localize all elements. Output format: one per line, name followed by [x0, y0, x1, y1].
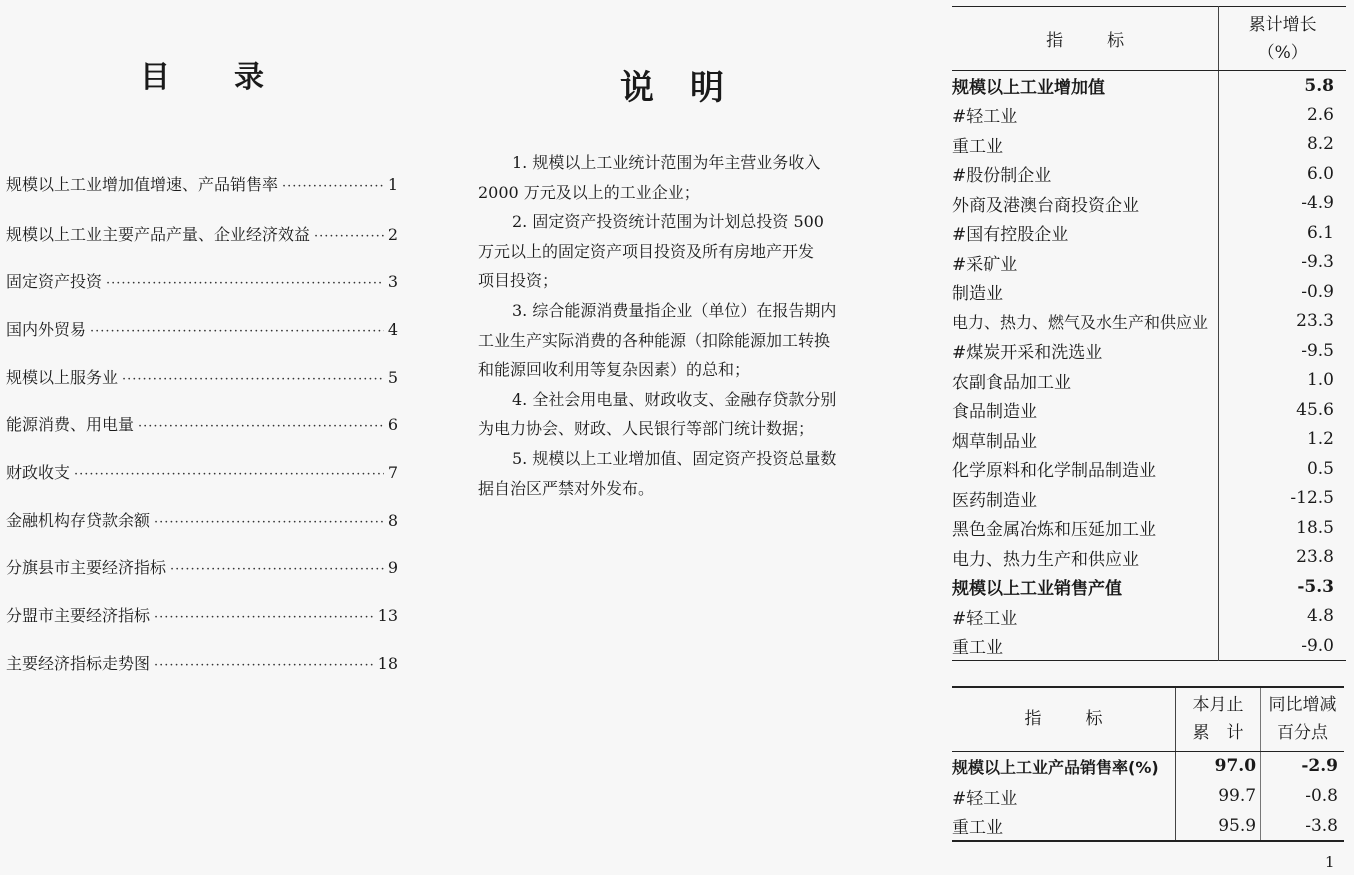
table-row: #国有控股企业6.1 — [952, 218, 1346, 248]
table-row: 外商及港澳台商投资企业-4.9 — [952, 189, 1346, 219]
table-row: #轻工业 99.7 -0.8 — [952, 781, 1344, 811]
toc-item-label: 规模以上服务业 — [6, 365, 118, 388]
table-header-row: 指标 累计增长 （%） — [952, 7, 1346, 71]
table-row: 规模以上工业增加值5.8 — [952, 71, 1346, 101]
row-change: -0.8 — [1261, 781, 1344, 811]
row-value: 8.2 — [1219, 130, 1346, 160]
leader-dots — [90, 324, 384, 339]
row-label: #采矿业 — [952, 248, 1219, 278]
row-value: 23.8 — [1219, 543, 1346, 573]
toc-item[interactable]: 规模以上服务业5 — [6, 365, 398, 389]
row-value: -9.0 — [1219, 631, 1346, 661]
row-value: 18.5 — [1219, 513, 1346, 543]
toc-item-label: 财政收支 — [6, 460, 70, 483]
leader-dots — [74, 467, 384, 482]
table-row: 重工业8.2 — [952, 130, 1346, 160]
row-cumulative: 97.0 — [1175, 751, 1260, 781]
table-row: 化学原料和化学制品制造业0.5 — [952, 454, 1346, 484]
row-label: 黑色金属冶炼和压延加工业 — [952, 513, 1219, 543]
row-label: #轻工业 — [952, 781, 1175, 811]
table-row: 电力、热力生产和供应业23.8 — [952, 543, 1346, 573]
table-row: 电力、热力、燃气及水生产和供应业23.3 — [952, 307, 1346, 337]
row-label: #轻工业 — [952, 100, 1219, 130]
row-change: -2.9 — [1261, 751, 1344, 781]
toc-item[interactable]: 能源消费、用电量6 — [6, 412, 398, 436]
row-label: 规模以上工业增加值 — [952, 71, 1219, 101]
toc-item-label: 金融机构存贷款余额 — [6, 508, 150, 531]
row-label: 重工业 — [952, 130, 1219, 160]
row-value: 5.8 — [1219, 71, 1346, 101]
row-cumulative: 95.9 — [1175, 811, 1260, 841]
toc-item-page: 9 — [388, 558, 398, 577]
toc-item-label: 主要经济指标走势图 — [6, 651, 150, 674]
toc-item-page: 8 — [388, 511, 398, 530]
header-line: 累计增长 — [1219, 11, 1346, 39]
header-yoy-change: 同比增减 百分点 — [1261, 687, 1344, 751]
toc-item[interactable]: 金融机构存贷款余额8 — [6, 508, 398, 532]
leader-dots — [314, 229, 384, 244]
row-value: -12.5 — [1219, 484, 1346, 514]
table-row: 食品制造业45.6 — [952, 395, 1346, 425]
toc-item-page: 5 — [388, 368, 398, 387]
table-row: 规模以上工业销售产值-5.3 — [952, 572, 1346, 602]
toc-item[interactable]: 规模以上工业主要产品产量、企业经济效益2 — [6, 222, 398, 246]
table-row: #采矿业-9.3 — [952, 248, 1346, 278]
row-label: #轻工业 — [952, 602, 1219, 632]
row-label: 外商及港澳台商投资企业 — [952, 189, 1219, 219]
sales-rate-table: 指标 本月止 累 计 同比增减 百分点 规模以上工业产品销售率(%) 97.0 … — [952, 686, 1344, 842]
notes-title: 说明 — [620, 60, 724, 109]
row-label: #股份制企业 — [952, 159, 1219, 189]
header-line: 累 计 — [1176, 719, 1260, 747]
row-value: 2.6 — [1219, 100, 1346, 130]
row-label: 化学原料和化学制品制造业 — [952, 454, 1219, 484]
note-line: 为电力协会、财政、人民银行等部门统计数据； — [478, 414, 874, 444]
row-value: 23.3 — [1219, 307, 1346, 337]
table-header-row: 指标 本月止 累 计 同比增减 百分点 — [952, 687, 1344, 751]
table-row: 重工业 95.9 -3.8 — [952, 811, 1344, 841]
header-indicator: 指标 — [952, 7, 1219, 71]
toc-item-page: 13 — [378, 606, 398, 625]
toc-item[interactable]: 分盟市主要经济指标13 — [6, 603, 398, 627]
note-line: 4. 全社会用电量、财政收支、金融存贷款分别 — [478, 385, 874, 415]
row-label: 电力、热力生产和供应业 — [952, 543, 1219, 573]
toc-item-label: 规模以上工业主要产品产量、企业经济效益 — [6, 222, 310, 245]
note-line: 1. 规模以上工业统计范围为年主营业务收入 — [478, 148, 874, 178]
note-line: 工业生产实际消费的各种能源（扣除能源加工转换 — [478, 326, 874, 356]
table-row: 黑色金属冶炼和压延加工业18.5 — [952, 513, 1346, 543]
row-value: -5.3 — [1219, 572, 1346, 602]
toc-item-label: 国内外贸易 — [6, 317, 86, 340]
row-label: 农副食品加工业 — [952, 366, 1219, 396]
toc-item-label: 规模以上工业增加值增速、产品销售率 — [6, 172, 278, 195]
header-line: 本月止 — [1176, 691, 1260, 719]
toc-title-char: 录 — [234, 52, 266, 96]
row-label: 食品制造业 — [952, 395, 1219, 425]
note-line: 据自治区严禁对外发布。 — [478, 474, 874, 504]
row-value: -9.3 — [1219, 248, 1346, 278]
leader-dots — [282, 179, 384, 194]
header-indicator: 指标 — [952, 687, 1175, 751]
toc-item[interactable]: 财政收支7 — [6, 460, 398, 484]
note-line: 3. 综合能源消费量指企业（单位）在报告期内 — [478, 296, 874, 326]
toc-item-page: 18 — [378, 654, 398, 673]
row-label: 制造业 — [952, 277, 1219, 307]
header-cumulative: 本月止 累 计 — [1175, 687, 1260, 751]
leader-dots — [138, 419, 384, 434]
header-line: （%） — [1219, 39, 1346, 67]
notes-title-char: 说 — [620, 68, 654, 108]
toc-item-label: 分盟市主要经济指标 — [6, 603, 150, 626]
row-label: 重工业 — [952, 631, 1219, 661]
row-value: 1.2 — [1219, 425, 1346, 455]
row-change: -3.8 — [1261, 811, 1344, 841]
toc-item-label: 能源消费、用电量 — [6, 412, 134, 435]
row-cumulative: 99.7 — [1175, 781, 1260, 811]
toc-item[interactable]: 规模以上工业增加值增速、产品销售率1 — [6, 172, 398, 196]
table-row: #股份制企业6.0 — [952, 159, 1346, 189]
row-label: 医药制造业 — [952, 484, 1219, 514]
note-line: 2. 固定资产投资统计范围为计划总投资 500 — [478, 207, 874, 237]
row-value: 1.0 — [1219, 366, 1346, 396]
toc-item[interactable]: 固定资产投资3 — [6, 269, 398, 293]
row-label: 规模以上工业产品销售率(%) — [952, 751, 1175, 781]
row-value: -4.9 — [1219, 189, 1346, 219]
note-line: 5. 规模以上工业增加值、固定资产投资总量数 — [478, 444, 874, 474]
toc-item-page: 6 — [388, 415, 398, 434]
note-line: 和能源回收利用等复杂因素）的总和； — [478, 355, 874, 385]
header-line: 同比增减 — [1261, 691, 1344, 719]
row-label: 重工业 — [952, 811, 1175, 841]
row-label: 烟草制品业 — [952, 425, 1219, 455]
row-value: 6.1 — [1219, 218, 1346, 248]
leader-dots — [154, 658, 374, 673]
table-row: 医药制造业-12.5 — [952, 484, 1346, 514]
row-value: 4.8 — [1219, 602, 1346, 632]
notes-body: 1. 规模以上工业统计范围为年主营业务收入 2000 万元及以上的工业企业； 2… — [478, 148, 874, 503]
toc-item[interactable]: 分旗县市主要经济指标9 — [6, 555, 398, 579]
row-label: #国有控股企业 — [952, 218, 1219, 248]
table-row: 制造业-0.9 — [952, 277, 1346, 307]
row-label: #煤炭开采和洗选业 — [952, 336, 1219, 366]
header-char: 指 — [1046, 31, 1063, 51]
row-value: 0.5 — [1219, 454, 1346, 484]
row-value: -0.9 — [1219, 277, 1346, 307]
header-char: 指 — [1024, 709, 1041, 729]
row-value: 45.6 — [1219, 395, 1346, 425]
toc-item-page: 7 — [388, 463, 398, 482]
notes-title-char: 明 — [690, 68, 724, 108]
leader-dots — [122, 372, 384, 387]
note-line: 万元以上的固定资产项目投资及所有房地产开发 — [478, 237, 874, 267]
leader-dots — [154, 610, 374, 625]
leader-dots — [106, 276, 384, 291]
toc-item-label: 固定资产投资 — [6, 269, 102, 292]
toc-item-page: 2 — [388, 225, 398, 244]
header-char: 标 — [1085, 709, 1102, 729]
table-row: 烟草制品业1.2 — [952, 425, 1346, 455]
header-line: 百分点 — [1261, 719, 1344, 747]
leader-dots — [154, 515, 384, 530]
toc-item[interactable]: 主要经济指标走势图18 — [6, 651, 398, 675]
toc-title: 目录 — [140, 52, 266, 96]
page-number: 1 — [1325, 853, 1335, 871]
header-char: 标 — [1107, 31, 1124, 51]
table-row: #煤炭开采和洗选业-9.5 — [952, 336, 1346, 366]
toc-item-page: 4 — [388, 320, 398, 339]
toc-item[interactable]: 国内外贸易4 — [6, 317, 398, 341]
toc-title-char: 目 — [140, 52, 172, 96]
leader-dots — [170, 562, 384, 577]
note-line: 项目投资； — [478, 266, 874, 296]
note-line: 2000 万元及以上的工业企业； — [478, 178, 874, 208]
toc-item-page: 1 — [388, 175, 398, 194]
row-value: -9.5 — [1219, 336, 1346, 366]
row-label: 电力、热力、燃气及水生产和供应业 — [952, 307, 1219, 337]
table-row: 农副食品加工业1.0 — [952, 366, 1346, 396]
table-row: #轻工业2.6 — [952, 100, 1346, 130]
toc-item-label: 分旗县市主要经济指标 — [6, 555, 166, 578]
header-cumulative-growth: 累计增长 （%） — [1219, 7, 1346, 71]
row-value: 6.0 — [1219, 159, 1346, 189]
row-label: 规模以上工业销售产值 — [952, 572, 1219, 602]
toc-item-page: 3 — [388, 272, 398, 291]
table-row: #轻工业4.8 — [952, 602, 1346, 632]
table-row: 重工业-9.0 — [952, 631, 1346, 661]
table-row: 规模以上工业产品销售率(%) 97.0 -2.9 — [952, 751, 1344, 781]
industrial-growth-table: 指标 累计增长 （%） 规模以上工业增加值5.8 #轻工业2.6 重工业8.2 … — [952, 6, 1346, 661]
